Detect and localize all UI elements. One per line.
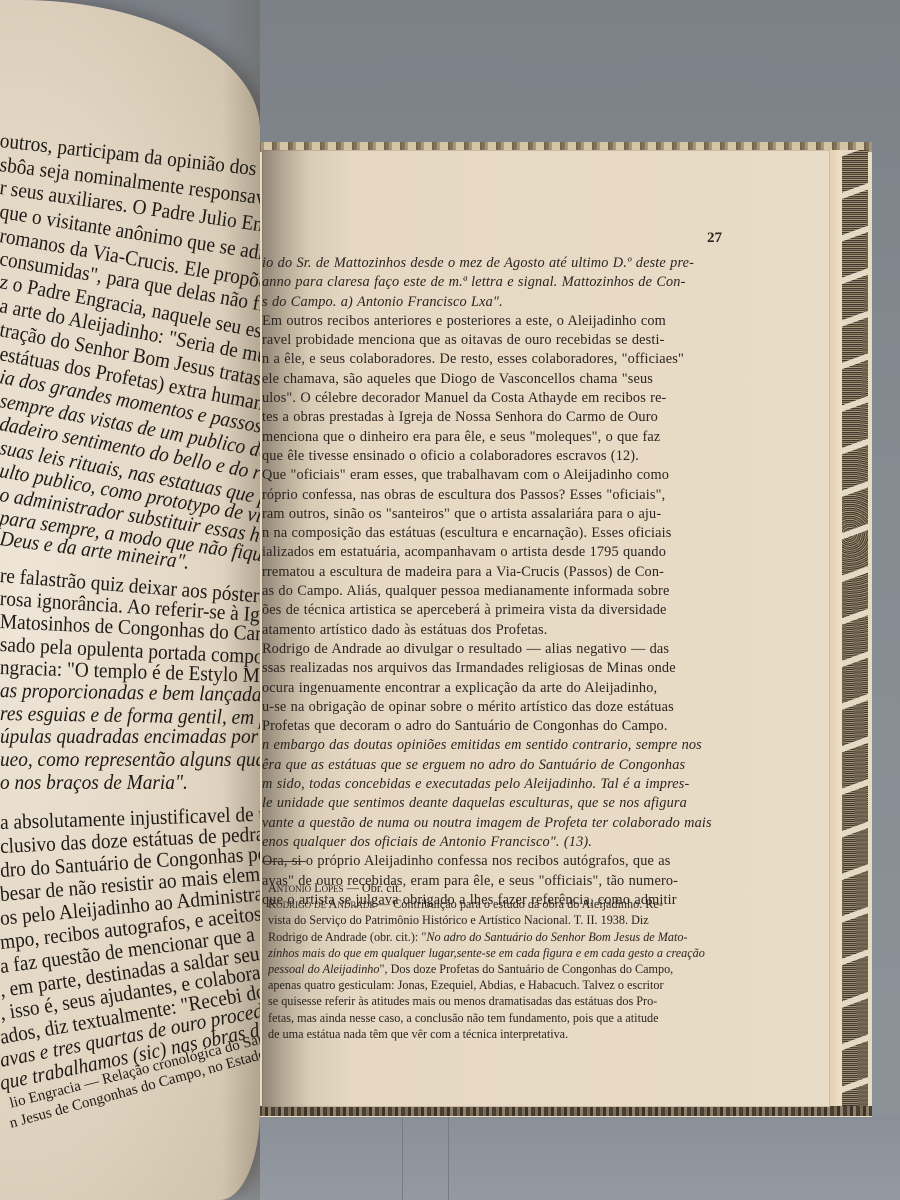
body-line: rrematou a escultura de madeira para a V…: [262, 563, 726, 582]
footnote-author: Antonio Lopes: [268, 881, 344, 895]
footnote-13-line: Rodrigo de Andrade (obr. cit.): "No adro…: [268, 929, 726, 945]
body-line: menciona que o dinheiro era para êle, e …: [262, 428, 726, 447]
body-line: s do Campo. a) Antonio Francisco Lxa".: [262, 293, 726, 312]
body-line: que êle tivesse ensinado o oficio a cola…: [262, 447, 726, 466]
footnotes: Antonio Lopes — Obr. cit. Rodrigo de And…: [268, 880, 726, 1042]
footnote-13-line: pessoal do Aleijadinho", Dos doze Profet…: [268, 961, 726, 977]
body-line: Em outros recibos anteriores e posterior…: [262, 312, 726, 331]
body-line: n embargo das doutas opiniões emitidas e…: [262, 736, 726, 755]
left-page-line: o nos braços de Maria".: [0, 770, 188, 794]
body-line: ravel probidade menciona que as oitavas …: [262, 331, 726, 350]
body-text: io do Sr. de Mattozinhos desde o mez de …: [262, 254, 726, 910]
left-page-wrap: outros, participam da opinião dos litera…: [0, 0, 260, 1200]
body-line: êra que as estátuas que se erguem no adr…: [262, 756, 726, 775]
footnote-13-line: de uma estátua nada têm que vêr com a té…: [268, 1026, 726, 1042]
body-line: vante a questão de numa ou noutra imagem…: [262, 814, 726, 833]
body-line: Rodrigo de Andrade ao divulgar o resulta…: [262, 640, 726, 659]
table-seam: [448, 1115, 449, 1200]
footnote-13-line: fetas, mas ainda nesse caso, a conclusão…: [268, 1010, 726, 1026]
body-line: u-se na obrigação de opinar sobre o méri…: [262, 698, 726, 717]
body-line: Que "oficiais" eram esses, que trabalhav…: [262, 466, 726, 485]
left-page-line: úpulas quadradas encimadas por cruz: [0, 724, 260, 748]
body-line: Ora, si o próprio Aleijadinho confessa n…: [262, 852, 726, 871]
body-line: n na composição das estátuas (escultura …: [262, 524, 726, 543]
footnote-13-line: vista do Serviço do Patrimônio Histórico…: [268, 912, 726, 928]
footnote-12: Antonio Lopes — Obr. cit.: [268, 880, 726, 896]
body-line: ram outros, sinão os "santeiros" que o a…: [262, 505, 726, 524]
footnote-13-line: zinhos mais do que em qualquer lugar,sen…: [268, 945, 726, 961]
right-page: 27 io do Sr. de Mattozinhos desde o mez …: [262, 150, 830, 1107]
body-line: m sido, todas concebidas e executadas pe…: [262, 775, 726, 794]
footnote-text: — Obr. cit.: [344, 881, 402, 895]
body-line: atamento artístico dado às estátuas dos …: [262, 621, 726, 640]
footnote-13-line: apenas quatro gesticulam: Jonas, Ezequie…: [268, 977, 726, 993]
body-line: io do Sr. de Mattozinhos desde o mez de …: [262, 254, 726, 273]
body-line: ializados em estatuária, acompanhavam o …: [262, 543, 726, 562]
body-line: enos qualquer dos oficiais de Antonio Fr…: [262, 833, 726, 852]
marbled-cover-edge: [842, 150, 868, 1112]
left-page-line: ueo, como representão alguns quadros: [0, 747, 260, 771]
body-line: ulos". O célebre decorador Manuel da Cos…: [262, 389, 726, 408]
body-line: ele chamava, são aqueles que Diogo de Va…: [262, 370, 726, 389]
left-page-text: outros, participam da opinião dos litera…: [0, 0, 260, 1200]
footnote-13-line: Rodrigo de Andrade — Contribuição para o…: [268, 896, 726, 912]
footnote-author: Rodrigo de Andrade: [268, 897, 375, 911]
body-line: anno para claresa faço este de m.ª lettr…: [262, 273, 726, 292]
body-line: Profetas que decoram o adro do Santuário…: [262, 717, 726, 736]
body-line: ocura ingenuamente encontrar a explicaçã…: [262, 679, 726, 698]
body-line: as do Campo. Aliás, qualquer pessoa medi…: [262, 582, 726, 601]
footnote-rule: [262, 861, 306, 862]
body-line: le unidade que sentimos deante daquelas …: [262, 794, 726, 813]
cover-edge-bottom: [258, 1106, 872, 1116]
body-line: n a êle, e seus colaboradores. De resto,…: [262, 350, 726, 369]
table-seam: [402, 1115, 403, 1200]
body-line: tes a obras prestadas à Igreja de Nossa …: [262, 408, 726, 427]
page-number: 27: [707, 230, 722, 247]
body-line: ssas realizadas nos arquivos das Irmanda…: [262, 659, 726, 678]
body-line: róprio confessa, nas obras de escultura …: [262, 486, 726, 505]
body-line: ões de técnica artistica se aperceberá à…: [262, 601, 726, 620]
footnote-13-line: se quisesse referir às atitudes mais ou …: [268, 993, 726, 1009]
